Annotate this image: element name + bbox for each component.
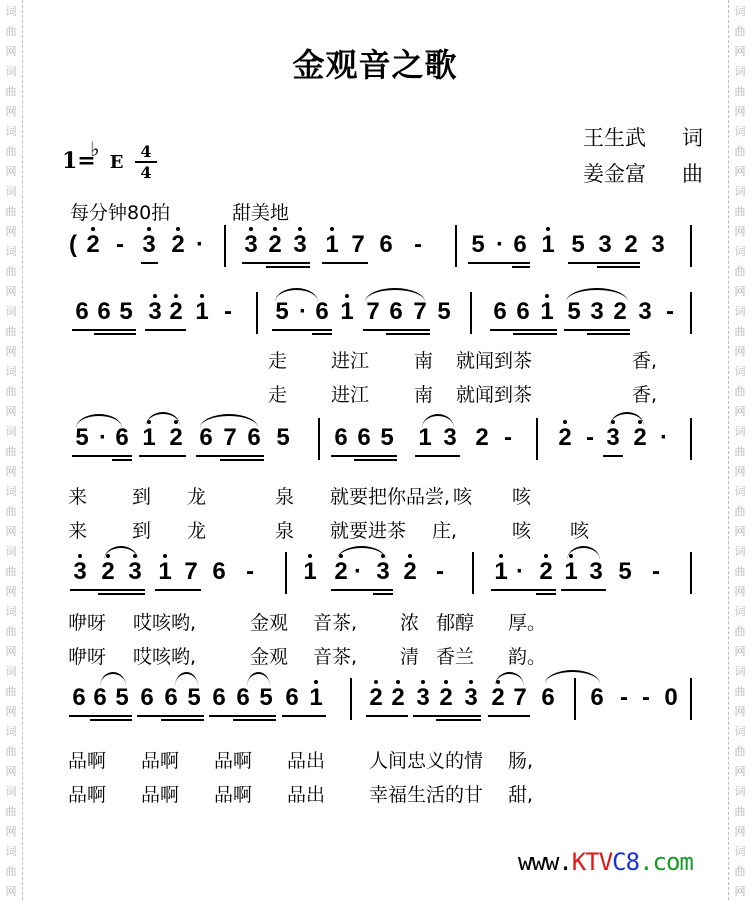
score-note: 1 xyxy=(491,560,511,584)
beam-underline xyxy=(436,719,481,721)
beam-underline xyxy=(561,589,606,591)
beam-underline xyxy=(272,329,332,331)
beam-underline xyxy=(373,593,393,595)
watermark-char: 曲 xyxy=(2,502,20,522)
lyric-text: 南 xyxy=(414,380,433,407)
slur xyxy=(365,288,425,302)
watermark-char: 网 xyxy=(2,282,20,302)
time-bottom: 4 xyxy=(135,164,157,181)
lyric-text: 咿呀 xyxy=(68,642,106,669)
score-note: - xyxy=(660,300,680,324)
score-note: 6 xyxy=(112,426,132,450)
score-note: 6 xyxy=(312,300,332,324)
lyric-text: 甜, xyxy=(508,780,533,807)
barline xyxy=(350,678,352,720)
lyric-text: 韵。 xyxy=(508,642,546,669)
lyric-text: 品出 xyxy=(287,746,325,773)
watermark-char: 词 xyxy=(2,422,20,442)
time-signature: 4 4 xyxy=(135,143,157,181)
score-note: 2 xyxy=(83,233,103,257)
beam-underline xyxy=(363,329,430,331)
lyric-text: 品啊 xyxy=(141,746,179,773)
score-note: 2 xyxy=(366,686,386,710)
octave-dot xyxy=(499,554,503,558)
slur xyxy=(545,670,600,684)
watermark-char: 网 xyxy=(731,342,749,362)
left-margin-watermark: 词曲网词曲网词曲网词曲网词曲网词曲网词曲网词曲网词曲网词曲网词曲网词曲网词曲网词… xyxy=(0,0,23,900)
watermark-char: 网 xyxy=(2,222,20,242)
beam-underline xyxy=(112,459,132,461)
beam-underline xyxy=(233,719,276,721)
lyric-text: 金观 xyxy=(250,608,288,635)
score-note: 1 xyxy=(337,300,357,324)
watermark-char: 词 xyxy=(731,122,749,142)
octave-dot xyxy=(298,227,302,231)
score-note: 3 xyxy=(139,233,159,257)
watermark-char: 曲 xyxy=(731,742,749,762)
score-note: - xyxy=(110,233,130,257)
octave-dot xyxy=(176,227,180,231)
score-note: 2 xyxy=(166,426,186,450)
beam-underline xyxy=(90,719,132,721)
score-note: 5 xyxy=(615,560,635,584)
beam-underline xyxy=(491,589,556,591)
watermark-char: 网 xyxy=(731,702,749,722)
beam-underline xyxy=(488,715,530,717)
watermark-char: 词 xyxy=(731,2,749,22)
beam-underline xyxy=(72,455,132,457)
lyric-text: 来 xyxy=(68,516,87,543)
slur xyxy=(247,672,270,686)
score-note: - xyxy=(580,426,600,450)
watermark-char: 词 xyxy=(731,422,749,442)
lyric-text: 肠, xyxy=(508,746,533,773)
watermark-char: 曲 xyxy=(2,862,20,882)
octave-dot xyxy=(147,227,151,231)
score-note: 1 xyxy=(139,426,159,450)
slur xyxy=(76,414,122,428)
watermark-char: 曲 xyxy=(2,142,20,162)
beam-underline xyxy=(413,715,481,717)
lyric-text: 咳 xyxy=(570,516,589,543)
score-note: - xyxy=(636,686,656,710)
lyric-text: 就要把你品尝, xyxy=(330,482,450,509)
slur xyxy=(146,412,180,426)
slur xyxy=(422,414,454,428)
score-note: 7 xyxy=(410,300,430,324)
beam-underline xyxy=(141,262,158,264)
beam-underline xyxy=(282,715,326,717)
watermark-char: 词 xyxy=(731,782,749,802)
beam-underline xyxy=(312,333,332,335)
score-note: 3 xyxy=(587,300,607,324)
score-note: 1 xyxy=(192,300,212,324)
watermark-char: 曲 xyxy=(731,22,749,42)
lyric-text: 咳 xyxy=(512,482,531,509)
score-note: 3 xyxy=(413,686,433,710)
watermark-char: 词 xyxy=(731,542,749,562)
score-note: 6 xyxy=(94,300,114,324)
watermark-char: 曲 xyxy=(731,322,749,342)
lyric-text: 郁醇 xyxy=(436,608,474,635)
score-note: 6 xyxy=(513,300,533,324)
watermark-char: 曲 xyxy=(2,382,20,402)
lyricist-name: 王生武 xyxy=(583,122,646,152)
watermark-char: 曲 xyxy=(731,262,749,282)
watermark-char: 曲 xyxy=(2,442,20,462)
watermark-char: 曲 xyxy=(731,202,749,222)
watermark-char: 网 xyxy=(731,462,749,482)
beam-underline xyxy=(512,266,530,268)
watermark-char: 网 xyxy=(2,402,20,422)
watermark-char: 词 xyxy=(2,662,20,682)
lyric-text: 就闻到茶 xyxy=(456,380,532,407)
lyric-text: 就闻到茶 xyxy=(456,346,532,373)
lyric-text: 泉 xyxy=(275,482,294,509)
beam-underline xyxy=(568,262,640,264)
score-note: 2 xyxy=(400,560,420,584)
octave-dot xyxy=(408,554,412,558)
watermark-char: 词 xyxy=(2,722,20,742)
score-note: 2 xyxy=(388,686,408,710)
score-note: - xyxy=(240,560,260,584)
lyric-text: 咿呀 xyxy=(68,608,106,635)
website-watermark: www.KTVC8.com xyxy=(518,848,693,876)
score-note: 5 xyxy=(568,233,588,257)
octave-dot xyxy=(563,420,567,424)
lyric-text: 来 xyxy=(68,482,87,509)
watermark-char: 词 xyxy=(2,182,20,202)
octave-dot xyxy=(200,294,204,298)
beam-underline xyxy=(322,262,368,264)
watermark-char: 网 xyxy=(731,642,749,662)
lyric-text: 香, xyxy=(632,346,657,373)
score-note: 6 xyxy=(72,300,92,324)
score-note: 3 xyxy=(70,560,90,584)
watermark-char: 曲 xyxy=(2,322,20,342)
lyric-text: 走 xyxy=(268,346,287,373)
score-note: 6 xyxy=(161,686,181,710)
lyric-text: 哎咳哟, xyxy=(133,608,196,635)
watermark-char: 曲 xyxy=(2,802,20,822)
beam-underline xyxy=(94,333,136,335)
beam-underline xyxy=(468,262,530,264)
beam-underline xyxy=(220,459,264,461)
octave-dot xyxy=(163,554,167,558)
watermark-char: 网 xyxy=(731,282,749,302)
score-note: 2 xyxy=(610,300,630,324)
time-top: 4 xyxy=(135,143,157,160)
score-note: 3 xyxy=(635,300,655,324)
score-note: 7 xyxy=(348,233,368,257)
score-note: 3 xyxy=(648,233,668,257)
site-ktv: KTV xyxy=(572,848,612,876)
watermark-char: 词 xyxy=(2,302,20,322)
score-note: - xyxy=(498,426,518,450)
octave-dot xyxy=(308,554,312,558)
lyric-text: 品啊 xyxy=(214,780,252,807)
watermark-char: 曲 xyxy=(731,442,749,462)
barline xyxy=(256,292,258,334)
beam-underline xyxy=(242,262,310,264)
octave-dot xyxy=(174,294,178,298)
score-note: 1 xyxy=(306,686,326,710)
score-note: 2 xyxy=(630,426,650,450)
score-note: 6 xyxy=(510,233,530,257)
watermark-char: 曲 xyxy=(731,562,749,582)
beam-underline xyxy=(139,455,186,457)
watermark-char: 曲 xyxy=(731,682,749,702)
watermark-char: 网 xyxy=(731,402,749,422)
beam-underline xyxy=(155,589,201,591)
octave-dot xyxy=(345,294,349,298)
lyric-text: 厚。 xyxy=(508,608,546,635)
barline xyxy=(285,552,287,594)
beam-underline xyxy=(536,593,556,595)
lyric-text: 品出 xyxy=(287,780,325,807)
barline xyxy=(690,552,692,594)
score-note: - xyxy=(646,560,666,584)
barline xyxy=(455,225,457,267)
watermark-char: 词 xyxy=(731,482,749,502)
barline xyxy=(318,418,320,460)
score-note: 7 xyxy=(181,560,201,584)
site-com: .com xyxy=(639,848,693,876)
score-note: 6 xyxy=(137,686,157,710)
watermark-char: 词 xyxy=(2,482,20,502)
slur xyxy=(566,288,628,302)
score-note: · xyxy=(348,560,368,584)
score-note: · xyxy=(190,233,210,257)
slur xyxy=(567,546,600,560)
score-note: 1 xyxy=(537,300,557,324)
score-note: 6 xyxy=(331,426,351,450)
watermark-char: 曲 xyxy=(2,202,20,222)
lyric-text: 幸福生活的甘 xyxy=(369,780,483,807)
lyric-text: 哎咳哟, xyxy=(133,642,196,669)
lyric-text: 龙 xyxy=(187,516,206,543)
score-note: 3 xyxy=(595,233,615,257)
score-note: 6 xyxy=(490,300,510,324)
beam-underline xyxy=(354,459,397,461)
barline xyxy=(690,292,692,334)
watermark-char: 网 xyxy=(731,582,749,602)
watermark-char: 网 xyxy=(2,102,20,122)
slur xyxy=(610,412,644,426)
octave-dot xyxy=(544,554,548,558)
beam-underline xyxy=(266,266,310,268)
watermark-char: 网 xyxy=(2,882,20,900)
score-note: 3 xyxy=(603,426,623,450)
octave-dot xyxy=(314,680,318,684)
lyric-text: 到 xyxy=(132,516,151,543)
score-note: 2 xyxy=(98,560,118,584)
watermark-char: 网 xyxy=(2,462,20,482)
watermark-char: 网 xyxy=(2,642,20,662)
beam-underline xyxy=(490,329,557,331)
watermark-char: 词 xyxy=(2,2,20,22)
lyricist-role: 词 xyxy=(682,122,703,152)
watermark-char: 词 xyxy=(731,842,749,862)
beam-underline xyxy=(137,715,204,717)
score-note: 5 xyxy=(564,300,584,324)
beam-underline xyxy=(331,589,393,591)
lyric-text: 进江 xyxy=(331,380,369,407)
watermark-char: 曲 xyxy=(2,22,20,42)
score-note: 3 xyxy=(440,426,460,450)
score-note: · xyxy=(490,233,510,257)
watermark-char: 网 xyxy=(2,822,20,842)
score-note: 5 xyxy=(256,686,276,710)
beam-underline xyxy=(386,333,430,335)
octave-dot xyxy=(330,227,334,231)
watermark-char: 词 xyxy=(2,842,20,862)
beam-underline xyxy=(331,455,397,457)
beam-underline xyxy=(366,715,408,717)
slur xyxy=(100,672,126,686)
watermark-char: 词 xyxy=(2,242,20,262)
beam-underline xyxy=(70,589,145,591)
watermark-char: 曲 xyxy=(2,742,20,762)
watermark-char: 网 xyxy=(2,522,20,542)
site-www: www. xyxy=(518,848,572,876)
watermark-char: 网 xyxy=(731,822,749,842)
watermark-char: 网 xyxy=(2,162,20,182)
score-note: 0 xyxy=(661,686,681,710)
score-note: 2 xyxy=(621,233,641,257)
beam-underline xyxy=(415,455,460,457)
score-note: 6 xyxy=(376,233,396,257)
watermark-char: 曲 xyxy=(731,502,749,522)
watermark-char: 网 xyxy=(731,162,749,182)
score-note: 2 xyxy=(168,233,188,257)
score-note: · xyxy=(93,426,113,450)
slur xyxy=(275,288,318,302)
expression-marking: 甜美地 xyxy=(232,198,289,225)
score-note: 6 xyxy=(209,560,229,584)
score-note: 3 xyxy=(125,560,145,584)
beam-underline xyxy=(98,593,145,595)
beam-underline xyxy=(603,455,623,457)
watermark-char: 词 xyxy=(731,722,749,742)
lyric-text: 清 xyxy=(400,642,419,669)
watermark-char: 词 xyxy=(2,782,20,802)
watermark-char: 词 xyxy=(2,602,20,622)
score-note: 1 xyxy=(538,233,558,257)
song-title: 金观音之歌 xyxy=(0,40,750,86)
flat-icon: ♭ xyxy=(90,137,99,161)
lyric-text: 金观 xyxy=(250,642,288,669)
beam-underline xyxy=(513,333,557,335)
score-note: 6 xyxy=(354,426,374,450)
score-note: 5 xyxy=(72,426,92,450)
lyric-text: 浓 xyxy=(400,608,419,635)
score-note: 6 xyxy=(386,300,406,324)
watermark-char: 网 xyxy=(731,762,749,782)
watermark-char: 网 xyxy=(2,762,20,782)
slur xyxy=(495,672,524,686)
watermark-char: 曲 xyxy=(2,562,20,582)
watermark-char: 词 xyxy=(2,362,20,382)
barline xyxy=(690,418,692,460)
score-note: 3 xyxy=(373,560,393,584)
watermark-char: 曲 xyxy=(2,682,20,702)
lyric-text: 音茶, xyxy=(313,642,357,669)
watermark-char: 网 xyxy=(2,342,20,362)
beam-underline xyxy=(209,715,276,717)
watermark-char: 词 xyxy=(731,182,749,202)
watermark-char: 网 xyxy=(731,882,749,900)
right-margin-watermark: 词曲网词曲网词曲网词曲网词曲网词曲网词曲网词曲网词曲网词曲网词曲网词曲网词曲网词… xyxy=(728,0,750,900)
watermark-char: 词 xyxy=(731,602,749,622)
watermark-char: 曲 xyxy=(731,142,749,162)
watermark-char: 曲 xyxy=(731,862,749,882)
score-note: · xyxy=(510,560,530,584)
lyric-text: 音茶, xyxy=(313,608,357,635)
composer-name: 姜金富 xyxy=(583,158,646,188)
slur xyxy=(200,414,258,428)
score-note: 1 xyxy=(155,560,175,584)
octave-dot xyxy=(469,680,473,684)
octave-dot xyxy=(78,554,82,558)
lyric-text: 品啊 xyxy=(141,780,179,807)
watermark-char: 词 xyxy=(731,242,749,262)
barline xyxy=(472,552,474,594)
score-note: 6 xyxy=(196,426,216,450)
lyric-text: 进江 xyxy=(331,346,369,373)
octave-dot xyxy=(545,294,549,298)
lyric-text: 品啊 xyxy=(68,746,106,773)
beam-underline xyxy=(72,329,136,331)
octave-dot xyxy=(396,680,400,684)
score-note: 3 xyxy=(586,560,606,584)
octave-dot xyxy=(374,680,378,684)
score-note: 6 xyxy=(587,686,607,710)
lyric-text: 品啊 xyxy=(214,746,252,773)
score-note: 2 xyxy=(265,233,285,257)
watermark-char: 网 xyxy=(2,702,20,722)
beam-underline xyxy=(597,266,640,268)
score-note: 5 xyxy=(377,426,397,450)
score-note: · xyxy=(654,426,674,450)
score-note: 7 xyxy=(510,686,530,710)
beam-underline xyxy=(564,329,630,331)
score-note: 2 xyxy=(555,426,575,450)
barline xyxy=(690,678,692,720)
score-note: 5 xyxy=(273,426,293,450)
score-note: 5 xyxy=(184,686,204,710)
watermark-char: 曲 xyxy=(2,262,20,282)
key-letter: E xyxy=(110,152,124,173)
lyric-text: 人间忠义的情 xyxy=(369,746,483,773)
slur xyxy=(337,546,386,560)
score-note: 3 xyxy=(145,300,165,324)
lyric-text: 咳 xyxy=(453,482,472,509)
score-note: 5 xyxy=(434,300,454,324)
octave-dot xyxy=(273,227,277,231)
watermark-char: 词 xyxy=(2,122,20,142)
barline xyxy=(690,225,692,267)
watermark-char: 词 xyxy=(731,362,749,382)
score-note: 3 xyxy=(461,686,481,710)
watermark-char: 网 xyxy=(731,222,749,242)
octave-dot xyxy=(421,680,425,684)
score-note: ( xyxy=(63,233,83,257)
score-note: - xyxy=(218,300,238,324)
barline xyxy=(536,418,538,460)
octave-dot xyxy=(91,227,95,231)
watermark-char: 曲 xyxy=(731,802,749,822)
